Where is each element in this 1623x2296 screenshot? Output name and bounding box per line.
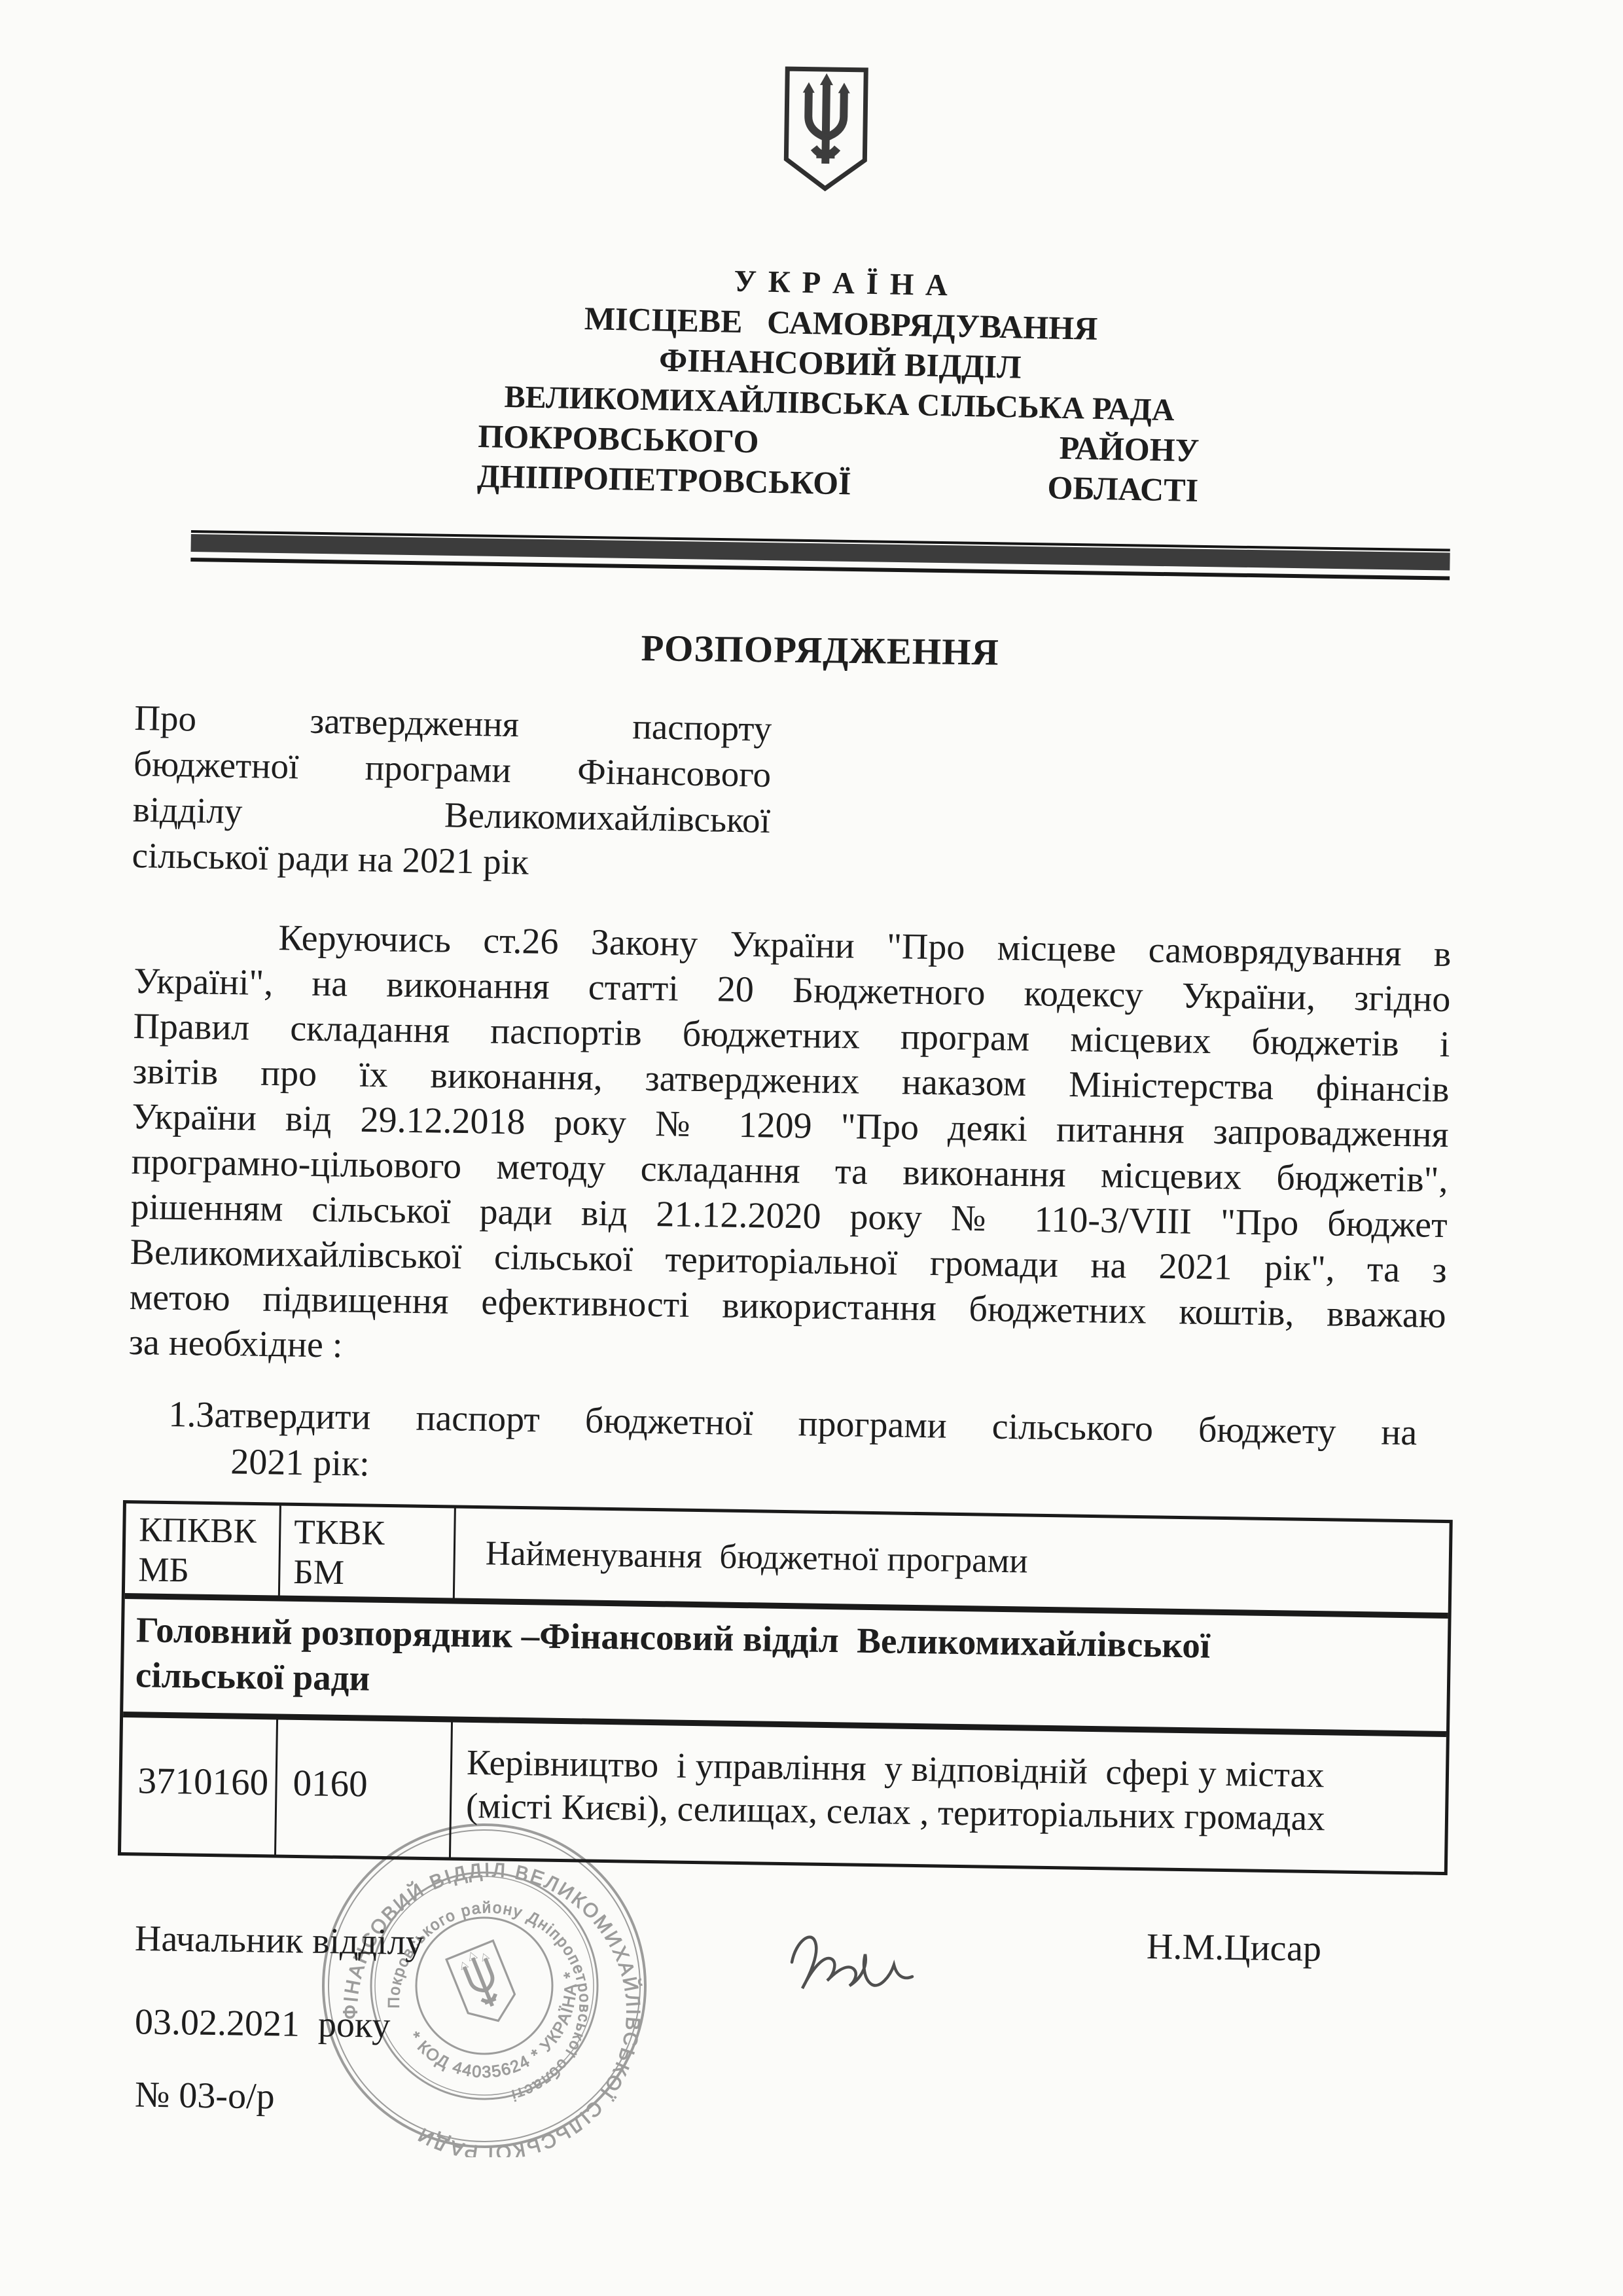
letterhead: У К Р А Ї Н А МІСЦЕВЕ САМОВРЯДУВАННЯ ФІН…: [477, 257, 1203, 511]
official-round-stamp: ФІНАНСОВИЙ ВІДДІЛ ВЕЛИКОМИХАЙЛІВСЬКОЇ СІ…: [313, 1814, 656, 2157]
cell-kpkvk-code: 3710160: [121, 1717, 278, 1854]
district-left: ПОКРОВСЬКОГО: [478, 416, 759, 462]
stamp-trident-icon: [446, 1941, 522, 2030]
item-1: 1.Затвердити паспорт бюджетної програми …: [168, 1391, 1418, 1503]
table-group-row: Головний розпорядник –Фінансовий відділ …: [123, 1599, 1448, 1737]
header-tkvk-line1: ТКВК: [294, 1513, 454, 1555]
document-page: У К Р А Ї Н А МІСЦЕВЕ САМОВРЯДУВАННЯ ФІН…: [0, 0, 1623, 2296]
trident-icon: [808, 82, 844, 164]
subject-paragraph: Про затвердження паспорту бюджетної прог…: [132, 695, 772, 889]
handwritten-signature: [783, 1916, 935, 2003]
header-kpkvk-line2: МБ: [138, 1550, 279, 1592]
header-cell-tkvk: ТКВК БМ: [280, 1506, 456, 1598]
district-right: РАЙОНУ: [1059, 428, 1200, 471]
coat-of-arms-emblem: [779, 63, 873, 194]
region-left: ДНІПРОПЕТРОВСЬКОЇ: [477, 456, 851, 503]
body-paragraph: Керуючись ст.26 Закону України "Про місц…: [128, 914, 1451, 1384]
header-kpkvk-line1: КПКВК: [139, 1510, 279, 1552]
header-rule: [190, 530, 1450, 581]
header-cell-kpkvk: КПКВК МБ: [125, 1503, 281, 1596]
document-number: № 03-о/р: [135, 2074, 276, 2118]
cell-program-name: Керівництво і управління у відповідній с…: [451, 1723, 1446, 1872]
header-cell-program-name: Найменування бюджетної програми: [455, 1509, 1450, 1613]
region-right: ОБЛАСТІ: [1047, 467, 1199, 511]
signer-name: Н.М.Цисар: [1147, 1926, 1322, 1970]
header-tkvk-line2: БМ: [293, 1552, 454, 1595]
document-title: РОЗПОРЯДЖЕННЯ: [641, 627, 982, 673]
cell-tkvk-code: 0160: [276, 1720, 453, 1857]
signer-position: Начальник відділу: [135, 1918, 425, 1964]
document-date: 03.02.2021 року: [135, 2001, 391, 2046]
table-data-row: 3710160 0160 Керівництво і управління у …: [121, 1717, 1446, 1872]
budget-program-table: КПКВК МБ ТКВК БМ Найменування бюджетної …: [118, 1500, 1453, 1875]
